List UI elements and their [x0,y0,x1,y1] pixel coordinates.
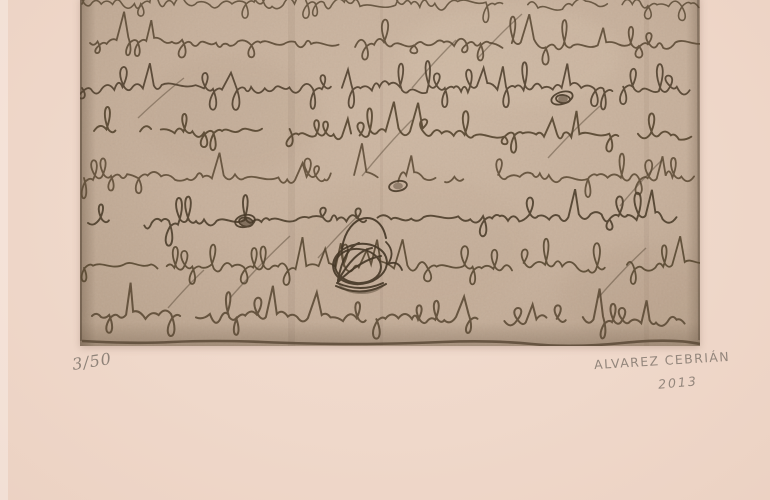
edition-number: 3/50 [71,349,113,374]
scrawl-drawing [80,0,700,346]
paper-grain [80,0,700,346]
artist-signature: Alvarez Cebrián [594,349,731,372]
signature-year: 2013 [657,373,698,391]
etching-print [80,0,700,346]
artwork-photo: 3/50 Alvarez Cebrián 2013 [0,0,770,500]
